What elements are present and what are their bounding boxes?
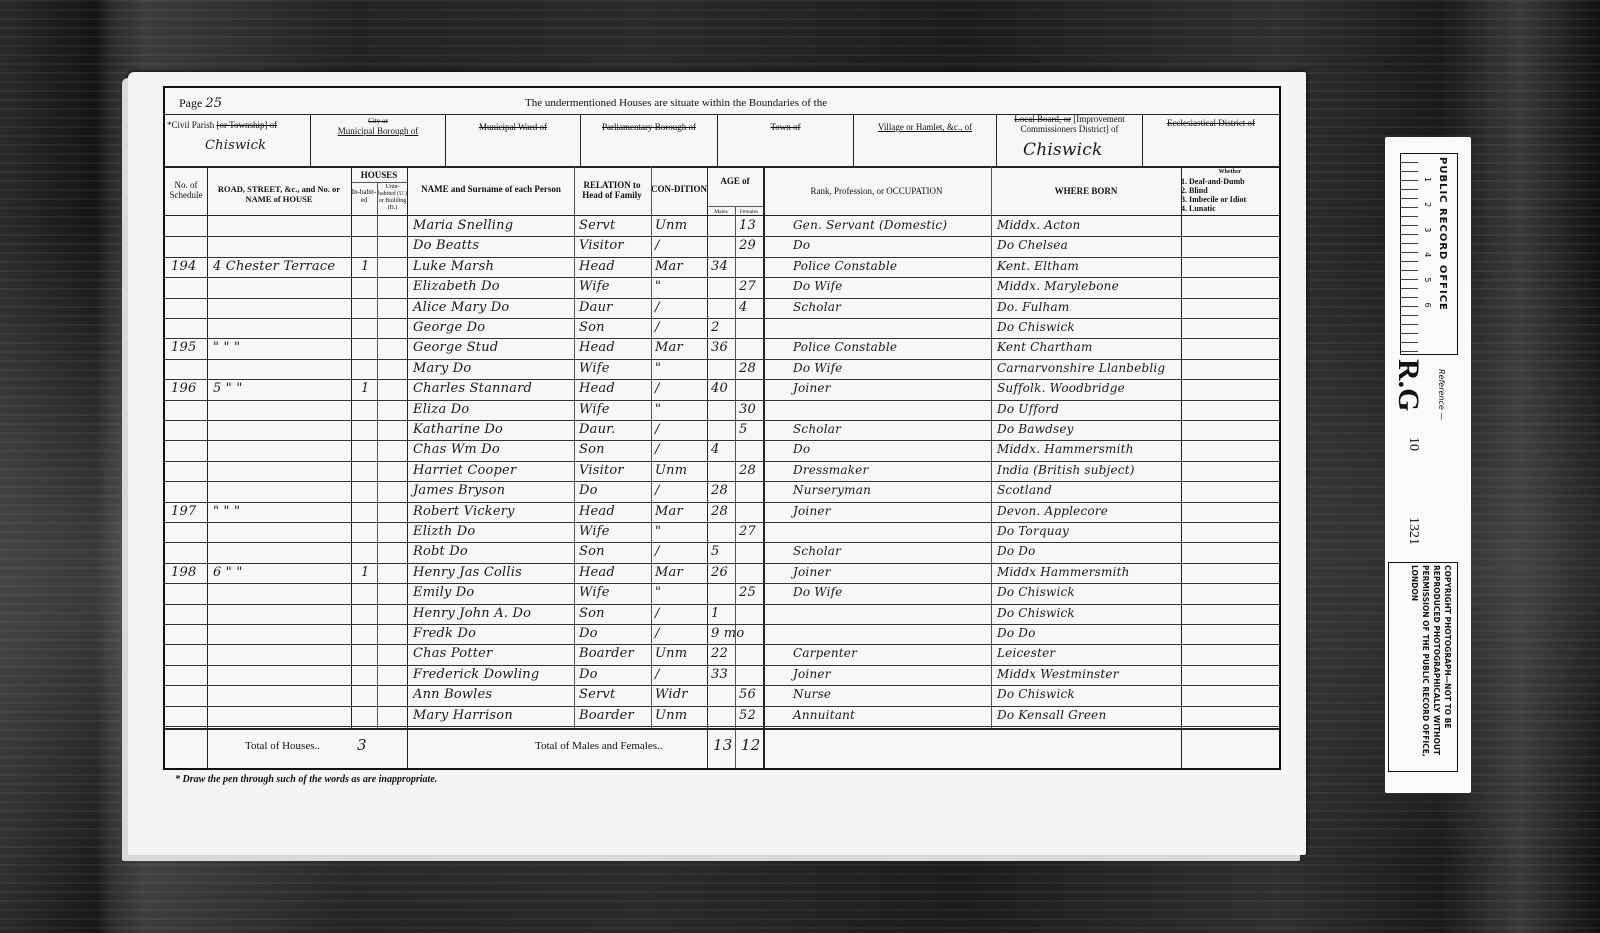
pro-copyright: COPYRIGHT PHOTOGRAPH—NOT TO BE REPRODUCE… (1393, 565, 1453, 767)
cell-where-born: Middx. Acton (997, 218, 1080, 232)
cell-occupation: Do (793, 238, 810, 252)
cell-name: Alice Mary Do (413, 300, 509, 315)
cell-female-age: 28 (739, 463, 756, 478)
cell-where-born: Middx Hammersmith (997, 565, 1130, 579)
cell-female-age: 27 (739, 279, 756, 294)
row-rule (165, 298, 1279, 299)
cell-occupation: Joiner (793, 504, 831, 518)
cell-occupation: Do Wife (793, 585, 843, 599)
cell-condition: / (655, 442, 660, 457)
cell-where-born: Do Do (997, 544, 1036, 558)
cell-name: Harriet Cooper (413, 463, 516, 478)
row-rule (165, 338, 1279, 339)
cell-occupation: Dressmaker (793, 463, 868, 477)
cell-where-born: Leicester (997, 646, 1055, 660)
row-rule (165, 359, 1279, 360)
cell-name: Elizth Do (413, 524, 475, 539)
cell-where-born: India (British subject) (997, 463, 1135, 477)
cell-condition: " (655, 361, 661, 376)
col-uninhabited: Unin-habited (U.) or Building (B.) (378, 184, 407, 212)
cell-condition: Unm (655, 646, 687, 661)
cell-name: Chas Potter (413, 646, 492, 661)
cell-name: Ann Bowles (413, 687, 492, 702)
col-road: ROAD, STREET, &c., and No. or NAME of HO… (209, 184, 349, 204)
cell-schedule: 196 (171, 381, 196, 396)
cell-name: Katharine Do (413, 422, 503, 437)
row-rule (165, 277, 1279, 278)
col-inhabited: In-habit-ed (351, 188, 377, 204)
cell-female-age: 52 (739, 708, 756, 723)
cell-condition: / (655, 544, 660, 559)
cell-road: 6 " " (213, 565, 243, 580)
cell-relation: Head (579, 381, 615, 396)
local-board-value: Chiswick (1023, 140, 1103, 160)
cell-name: Do Beatts (413, 238, 479, 253)
cell-name: Robt Do (413, 544, 468, 559)
cell-male-age: 36 (711, 340, 728, 355)
cell-occupation: Police Constable (793, 259, 897, 273)
col-name: NAME and Surname of each Person (409, 184, 573, 194)
cell-male-age: 33 (711, 667, 728, 682)
cell-female-age: 29 (739, 238, 756, 253)
cell-road: 5 " " (213, 381, 243, 396)
cell-male-age: 1 (711, 606, 719, 621)
cell-condition: Widr (655, 687, 688, 702)
cell-occupation: Do (793, 442, 810, 456)
parliamentary-borough-label: Parliamentary Borough of (581, 122, 717, 132)
cell-male-age: 9 mo (711, 626, 744, 641)
cell-where-born: Do Chelsea (997, 238, 1068, 252)
cell-condition: " (655, 524, 661, 539)
row-rule (165, 685, 1279, 686)
col-occupation: Rank, Profession, or OCCUPATION (763, 186, 990, 196)
cell-condition: Mar (655, 565, 683, 580)
page-label-text: Page (179, 96, 202, 110)
col-whether: Whether 1. Deaf-and-Dumb 2. Blind 3. Imb… (1181, 168, 1279, 213)
cell-relation: Head (579, 340, 615, 355)
ecclesiastical-label: Ecclesiastical District of (1143, 118, 1279, 128)
cell-male-age: 34 (711, 259, 728, 274)
row-rule (165, 644, 1279, 645)
cell-condition: / (655, 667, 660, 682)
cell-road: " " " (213, 340, 240, 355)
row-rule (165, 542, 1279, 543)
row-rule (165, 726, 1279, 727)
cell-occupation: Gen. Servant (Domestic) (793, 218, 947, 232)
page-number: 25 (205, 96, 222, 111)
cell-where-born: Do. Fulham (997, 300, 1069, 314)
cell-name: Charles Stannard (413, 381, 532, 396)
cell-male-age: 2 (711, 320, 719, 335)
cell-female-age: 56 (739, 687, 756, 702)
col-schedule: No. of Schedule (165, 180, 207, 200)
cell-where-born: Do Chiswick (997, 320, 1075, 334)
census-form: Page 25 The undermentioned Houses are si… (163, 86, 1281, 770)
cell-relation: Boarder (579, 646, 634, 661)
cell-where-born: Suffolk. Woodbridge (997, 381, 1125, 395)
cell-schedule: 197 (171, 504, 196, 519)
boundaries-title: The undermentioned Houses are situate wi… (525, 97, 827, 109)
cell-where-born: Kent. Eltham (997, 259, 1079, 273)
cell-male-age: 22 (711, 646, 728, 661)
cell-occupation: Joiner (793, 565, 831, 579)
cell-occupation: Do Wife (793, 361, 843, 375)
cell-where-born: Middx. Marylebone (997, 279, 1119, 293)
cell-occupation: Nurseryman (793, 483, 871, 497)
cell-relation: Boarder (579, 708, 634, 723)
cell-inhabited: 1 (361, 565, 369, 580)
cell-occupation: Joiner (793, 667, 831, 681)
row-rule (165, 624, 1279, 625)
col-age: AGE of (707, 176, 763, 186)
row-rule (165, 461, 1279, 462)
pro-series: R.G (1391, 359, 1425, 412)
town-label: Town of (718, 122, 853, 132)
row-rule (165, 236, 1279, 237)
cell-name: Luke Marsh (413, 259, 494, 274)
row-rule (165, 563, 1279, 564)
cell-condition: Mar (655, 340, 683, 355)
footnote: * Draw the pen through such of the words… (175, 774, 437, 785)
cell-condition: / (655, 483, 660, 498)
cell-condition: Unm (655, 463, 687, 478)
cell-name: Henry John A. Do (413, 606, 531, 621)
row-rule (165, 706, 1279, 707)
cell-relation: Head (579, 504, 615, 519)
pro-scale-marks: 123456 (1423, 177, 1431, 328)
cell-name: Eliza Do (413, 402, 469, 417)
cell-name: Frederick Dowling (413, 667, 539, 682)
cell-name: Maria Snelling (413, 218, 513, 233)
pro-office-title: PUBLIC RECORD OFFICE (1437, 157, 1448, 311)
row-rule (165, 257, 1279, 258)
cell-relation: Son (579, 320, 605, 335)
row-rule (165, 481, 1279, 482)
cell-condition: / (655, 320, 660, 335)
cell-relation: Wife (579, 524, 610, 539)
row-rule (165, 522, 1279, 523)
cell-name: Emily Do (413, 585, 474, 600)
cell-condition: " (655, 279, 661, 294)
municipal-borough-label: City or Municipal Borough of (311, 116, 445, 136)
cell-relation: Daur (579, 300, 613, 315)
cell-condition: / (655, 606, 660, 621)
page-label: Page 25 (179, 96, 222, 111)
cell-name: George Do (413, 320, 485, 335)
cell-relation: Wife (579, 361, 610, 376)
cell-schedule: 198 (171, 565, 196, 580)
row-rule (165, 440, 1279, 441)
cell-relation: Do (579, 626, 598, 641)
row-rule (165, 318, 1279, 319)
cell-occupation: Joiner (793, 381, 831, 395)
cell-where-born: Do Chiswick (997, 687, 1075, 701)
total-males-value: 13 (713, 736, 733, 754)
cell-female-age: 27 (739, 524, 756, 539)
cell-occupation: Do Wife (793, 279, 843, 293)
cell-female-age: 4 (739, 300, 747, 315)
pro-class: 10 (1405, 437, 1421, 451)
cell-relation: Do (579, 667, 598, 682)
cell-male-age: 4 (711, 442, 719, 457)
cell-female-age: 30 (739, 402, 756, 417)
pro-reference-label: Reference — (1437, 369, 1446, 420)
cell-relation: Servt (579, 687, 615, 702)
cell-where-born: Do Torquay (997, 524, 1069, 538)
cell-relation: Daur. (579, 422, 615, 437)
cell-condition: / (655, 381, 660, 396)
civil-parish-value: Chiswick (205, 138, 266, 153)
cell-where-born: Scotland (997, 483, 1052, 497)
cell-occupation: Scholar (793, 422, 841, 436)
municipal-ward-label: Municipal Ward of (446, 122, 580, 132)
cell-condition: Mar (655, 259, 683, 274)
cell-name: Mary Do (413, 361, 471, 376)
cell-occupation: Police Constable (793, 340, 897, 354)
public-record-office-label: PUBLIC RECORD OFFICE 123456 Reference — … (1385, 137, 1471, 793)
local-board-label: Local Board, or [Improvement Commissione… (997, 114, 1142, 134)
cell-condition: / (655, 300, 660, 315)
ruler-ticks (1400, 153, 1418, 353)
cell-relation: Head (579, 565, 615, 580)
cell-occupation: Carpenter (793, 646, 857, 660)
cell-occupation: Annuitant (793, 708, 855, 722)
cell-name: Fredk Do (413, 626, 476, 641)
total-houses-value: 3 (357, 736, 367, 754)
cell-male-age: 28 (711, 483, 728, 498)
cell-name: Chas Wm Do (413, 442, 500, 457)
cell-schedule: 194 (171, 259, 196, 274)
row-rule (165, 502, 1279, 503)
row-rule (165, 420, 1279, 421)
cell-condition: / (655, 422, 660, 437)
cell-occupation: Scholar (793, 300, 841, 314)
col-condition: CON-DITION (651, 184, 707, 194)
cell-where-born: Middx Westminster (997, 667, 1119, 681)
cell-where-born: Kent Chartham (997, 340, 1093, 354)
cell-male-age: 26 (711, 565, 728, 580)
cell-female-age: 28 (739, 361, 756, 376)
total-persons-label: Total of Males and Females.. (535, 740, 663, 752)
cell-condition: Mar (655, 504, 683, 519)
cell-name: Robert Vickery (413, 504, 515, 519)
cell-condition: Unm (655, 708, 687, 723)
cell-female-age: 5 (739, 422, 747, 437)
cell-relation: Son (579, 442, 605, 457)
cell-female-age: 13 (739, 218, 756, 233)
cell-condition: / (655, 626, 660, 641)
cell-relation: Wife (579, 279, 610, 294)
cell-male-age: 5 (711, 544, 719, 559)
cell-where-born: Do Chiswick (997, 606, 1075, 620)
cell-male-age: 40 (711, 381, 728, 396)
cell-occupation: Nurse (793, 687, 831, 701)
cell-name: Elizabeth Do (413, 279, 500, 294)
cell-relation: Head (579, 259, 615, 274)
cell-where-born: Carnarvonshire Llanbeblig (997, 361, 1165, 375)
cell-where-born: Do Kensall Green (997, 708, 1106, 722)
cell-inhabited: 1 (361, 381, 369, 396)
cell-relation: Wife (579, 402, 610, 417)
cell-male-age: 28 (711, 504, 728, 519)
row-rule (165, 400, 1279, 401)
row-rule (165, 379, 1279, 380)
cell-road: 4 Chester Terrace (213, 259, 335, 274)
cell-relation: Wife (579, 585, 610, 600)
cell-where-born: Do Ufford (997, 402, 1059, 416)
cell-where-born: Middx. Hammersmith (997, 442, 1134, 456)
civil-parish-label: *Civil Parish [or Township] of (167, 120, 309, 130)
cell-name: Henry Jas Collis (413, 565, 522, 580)
cell-relation: Visitor (579, 463, 624, 478)
cell-condition: " (655, 402, 661, 417)
cell-road: " " " (213, 504, 240, 519)
cell-condition: Unm (655, 218, 687, 233)
cell-relation: Servt (579, 218, 615, 233)
cell-condition: " (655, 585, 661, 600)
village-label: Village or Hamlet, &c., of (854, 122, 996, 132)
cell-where-born: Do Do (997, 626, 1036, 640)
cell-name: Mary Harrison (413, 708, 513, 723)
cell-female-age: 25 (739, 585, 756, 600)
row-rule (165, 583, 1279, 584)
row-rule (165, 604, 1279, 605)
cell-where-born: Do Chiswick (997, 585, 1075, 599)
cell-relation: Son (579, 544, 605, 559)
cell-relation: Do (579, 483, 598, 498)
cell-occupation: Scholar (793, 544, 841, 558)
pro-piece: 1321 (1405, 517, 1421, 545)
total-females-value: 12 (741, 736, 761, 754)
total-houses-label: Total of Houses.. (245, 740, 320, 752)
cell-relation: Son (579, 606, 605, 621)
col-relation: RELATION to Head of Family (574, 180, 650, 200)
col-where-born: WHERE BORN (991, 186, 1181, 196)
cell-inhabited: 1 (361, 259, 369, 274)
cell-where-born: Devon. Applecore (997, 504, 1108, 518)
row-rule (165, 665, 1279, 666)
cell-where-born: Do Bawdsey (997, 422, 1074, 436)
cell-condition: / (655, 238, 660, 253)
cell-name: George Stud (413, 340, 498, 355)
col-houses: HOUSES (351, 170, 407, 180)
cell-name: James Bryson (413, 483, 505, 498)
cell-relation: Visitor (579, 238, 624, 253)
cell-schedule: 195 (171, 340, 196, 355)
